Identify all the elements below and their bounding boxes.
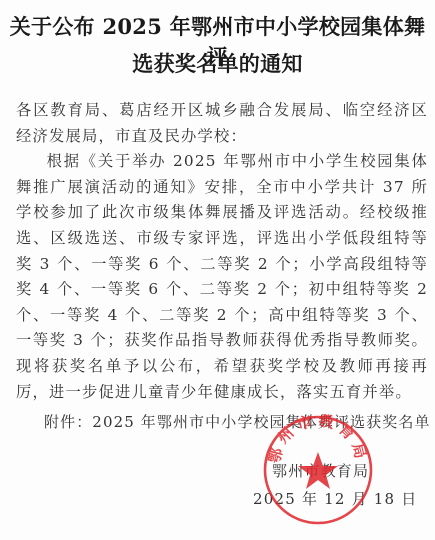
document-body: 各区教育局、葛店经开区城乡融合发展局、临空经济区经济发展局，市直及民办学校： 根… <box>16 98 428 405</box>
document-title-line2: 选获奖名单的通知 <box>0 48 435 78</box>
salutation: 各区教育局、葛店经开区城乡融合发展局、临空经济区经济发展局，市直及民办学校： <box>16 98 428 149</box>
main-paragraph: 根据《关于举办 2025 年鄂州市中小学生校园集体舞推广展演活动的通知》安排，全… <box>16 149 428 405</box>
official-seal-icon: 鄂州市教育局 <box>262 414 374 526</box>
